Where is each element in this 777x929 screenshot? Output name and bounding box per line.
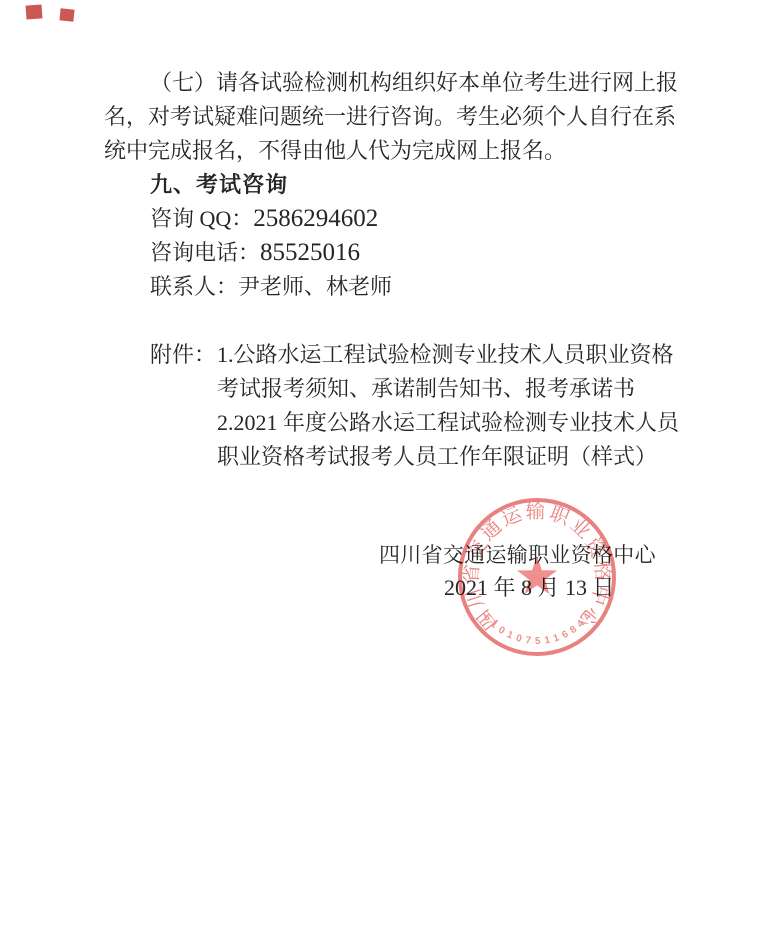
official-seal: 四川省交通运输职业资格中心 5101075116844: [452, 492, 622, 662]
document-body: （七）请各试验检测机构组织好本单位考生进行网上报 名，对考试疑难问题统一进行咨询…: [104, 66, 689, 474]
paragraph-line: （七）请各试验检测机构组织好本单位考生进行网上报: [104, 66, 689, 100]
contact-qq-label: 咨询 QQ：: [150, 206, 253, 231]
spacer: [104, 304, 689, 338]
contact-person-line: 联系人：尹老师、林老师: [104, 270, 689, 304]
attachment-line: 职业资格考试报考人员工作年限证明（样式）: [217, 440, 679, 474]
contact-qq-line: 咨询 QQ：2586294602: [104, 202, 689, 236]
attachment-line: 2.2021 年度公路水运工程试验检测专业技术人员: [217, 406, 679, 440]
scan-artifact-mark: [59, 8, 74, 21]
paragraph-line: 名，对考试疑难问题统一进行咨询。考生必须个人自行在系: [104, 100, 689, 134]
contact-phone-value: 85525016: [260, 239, 360, 266]
paragraph-line: 统中完成报名，不得由他人代为完成网上报名。: [104, 134, 689, 168]
contact-person-label: 联系人：: [150, 274, 238, 299]
attachment-line: 1.公路水运工程试验检测专业技术人员职业资格: [217, 338, 679, 372]
contact-qq-value: 2586294602: [253, 205, 378, 232]
contact-phone-line: 咨询电话：85525016: [104, 236, 689, 270]
seal-star-icon: [517, 556, 557, 594]
contact-person-value: 尹老师、林老师: [238, 274, 392, 299]
contact-phone-label: 咨询电话：: [150, 240, 260, 265]
attachment-lines: 1.公路水运工程试验检测专业技术人员职业资格 考试报考须知、承诺制告知书、报考承…: [217, 338, 679, 474]
section-heading: 九、考试咨询: [104, 168, 689, 202]
attachment-label: 附件：: [150, 338, 217, 474]
document-page: （七）请各试验检测机构组织好本单位考生进行网上报 名，对考试疑难问题统一进行咨询…: [0, 0, 777, 929]
attachment-block: 附件： 1.公路水运工程试验检测专业技术人员职业资格 考试报考须知、承诺制告知书…: [104, 338, 689, 474]
attachment-line: 考试报考须知、承诺制告知书、报考承诺书: [217, 372, 679, 406]
scan-artifact-mark: [26, 4, 43, 19]
